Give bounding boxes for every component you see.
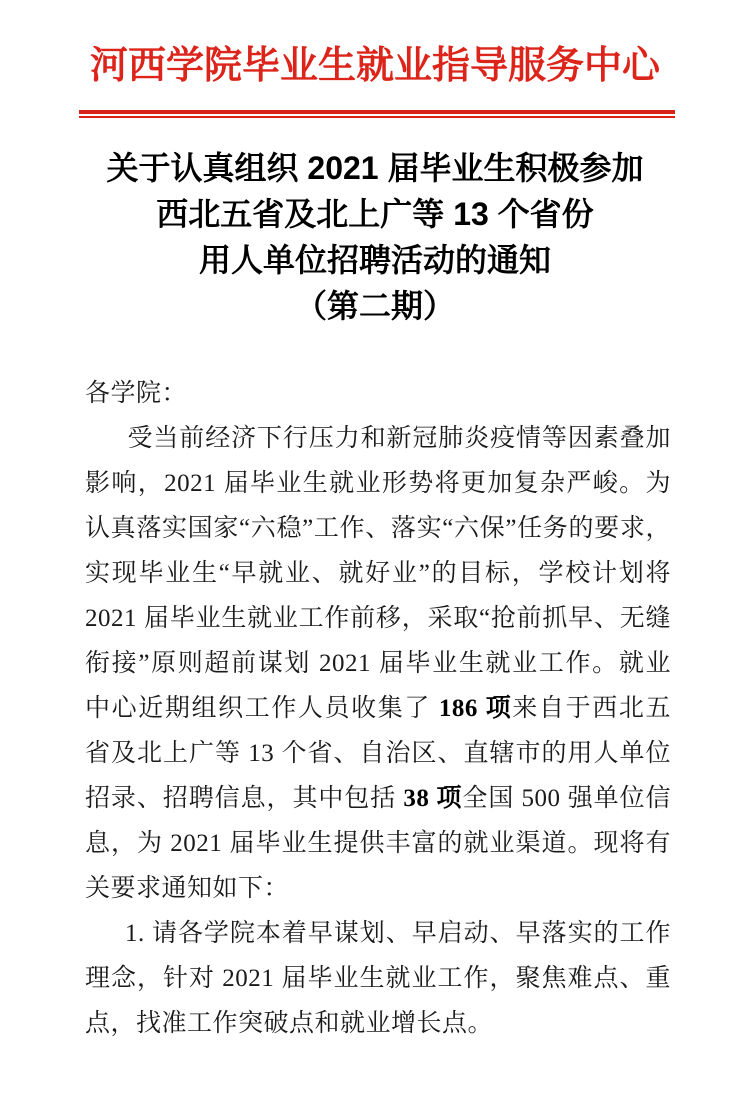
bold-count-38: 38 项: [403, 785, 462, 812]
salutation: 各学院：: [85, 371, 671, 416]
bold-count-186: 186 项: [439, 695, 512, 722]
notice-title-line-2: 西北五省及北上广等 13 个省份: [0, 191, 750, 237]
notice-title-line-4: （第二期）: [0, 283, 750, 329]
document-body: 各学院： 受当前经济下行压力和新冠肺炎疫情等因素叠加影响，2021 届毕业生就业…: [85, 371, 671, 1046]
main-paragraph: 受当前经济下行压力和新冠肺炎疫情等因素叠加影响，2021 届毕业生就业形势将更加…: [85, 416, 671, 911]
item-1-text: 1. 请各学院本着早谋划、早启动、早落实的工作理念，针对 2021 届毕业生就业…: [85, 920, 671, 1037]
red-separator-line: [79, 110, 675, 118]
notice-title-line-3: 用人单位招聘活动的通知: [0, 237, 750, 283]
notice-title: 关于认真组织 2021 届毕业生积极参加 西北五省及北上广等 13 个省份 用人…: [0, 145, 750, 329]
item-1-paragraph: 1. 请各学院本着早谋划、早启动、早落实的工作理念，针对 2021 届毕业生就业…: [85, 911, 671, 1046]
main-paragraph-text-1: 受当前经济下行压力和新冠肺炎疫情等因素叠加影响，2021 届毕业生就业形势将更加…: [85, 425, 671, 722]
notice-title-line-1: 关于认真组织 2021 届毕业生积极参加: [0, 145, 750, 191]
letterhead-org-name: 河西学院毕业生就业指导服务中心: [0, 0, 750, 92]
document-page: 河西学院毕业生就业指导服务中心 关于认真组织 2021 届毕业生积极参加 西北五…: [0, 0, 750, 1109]
